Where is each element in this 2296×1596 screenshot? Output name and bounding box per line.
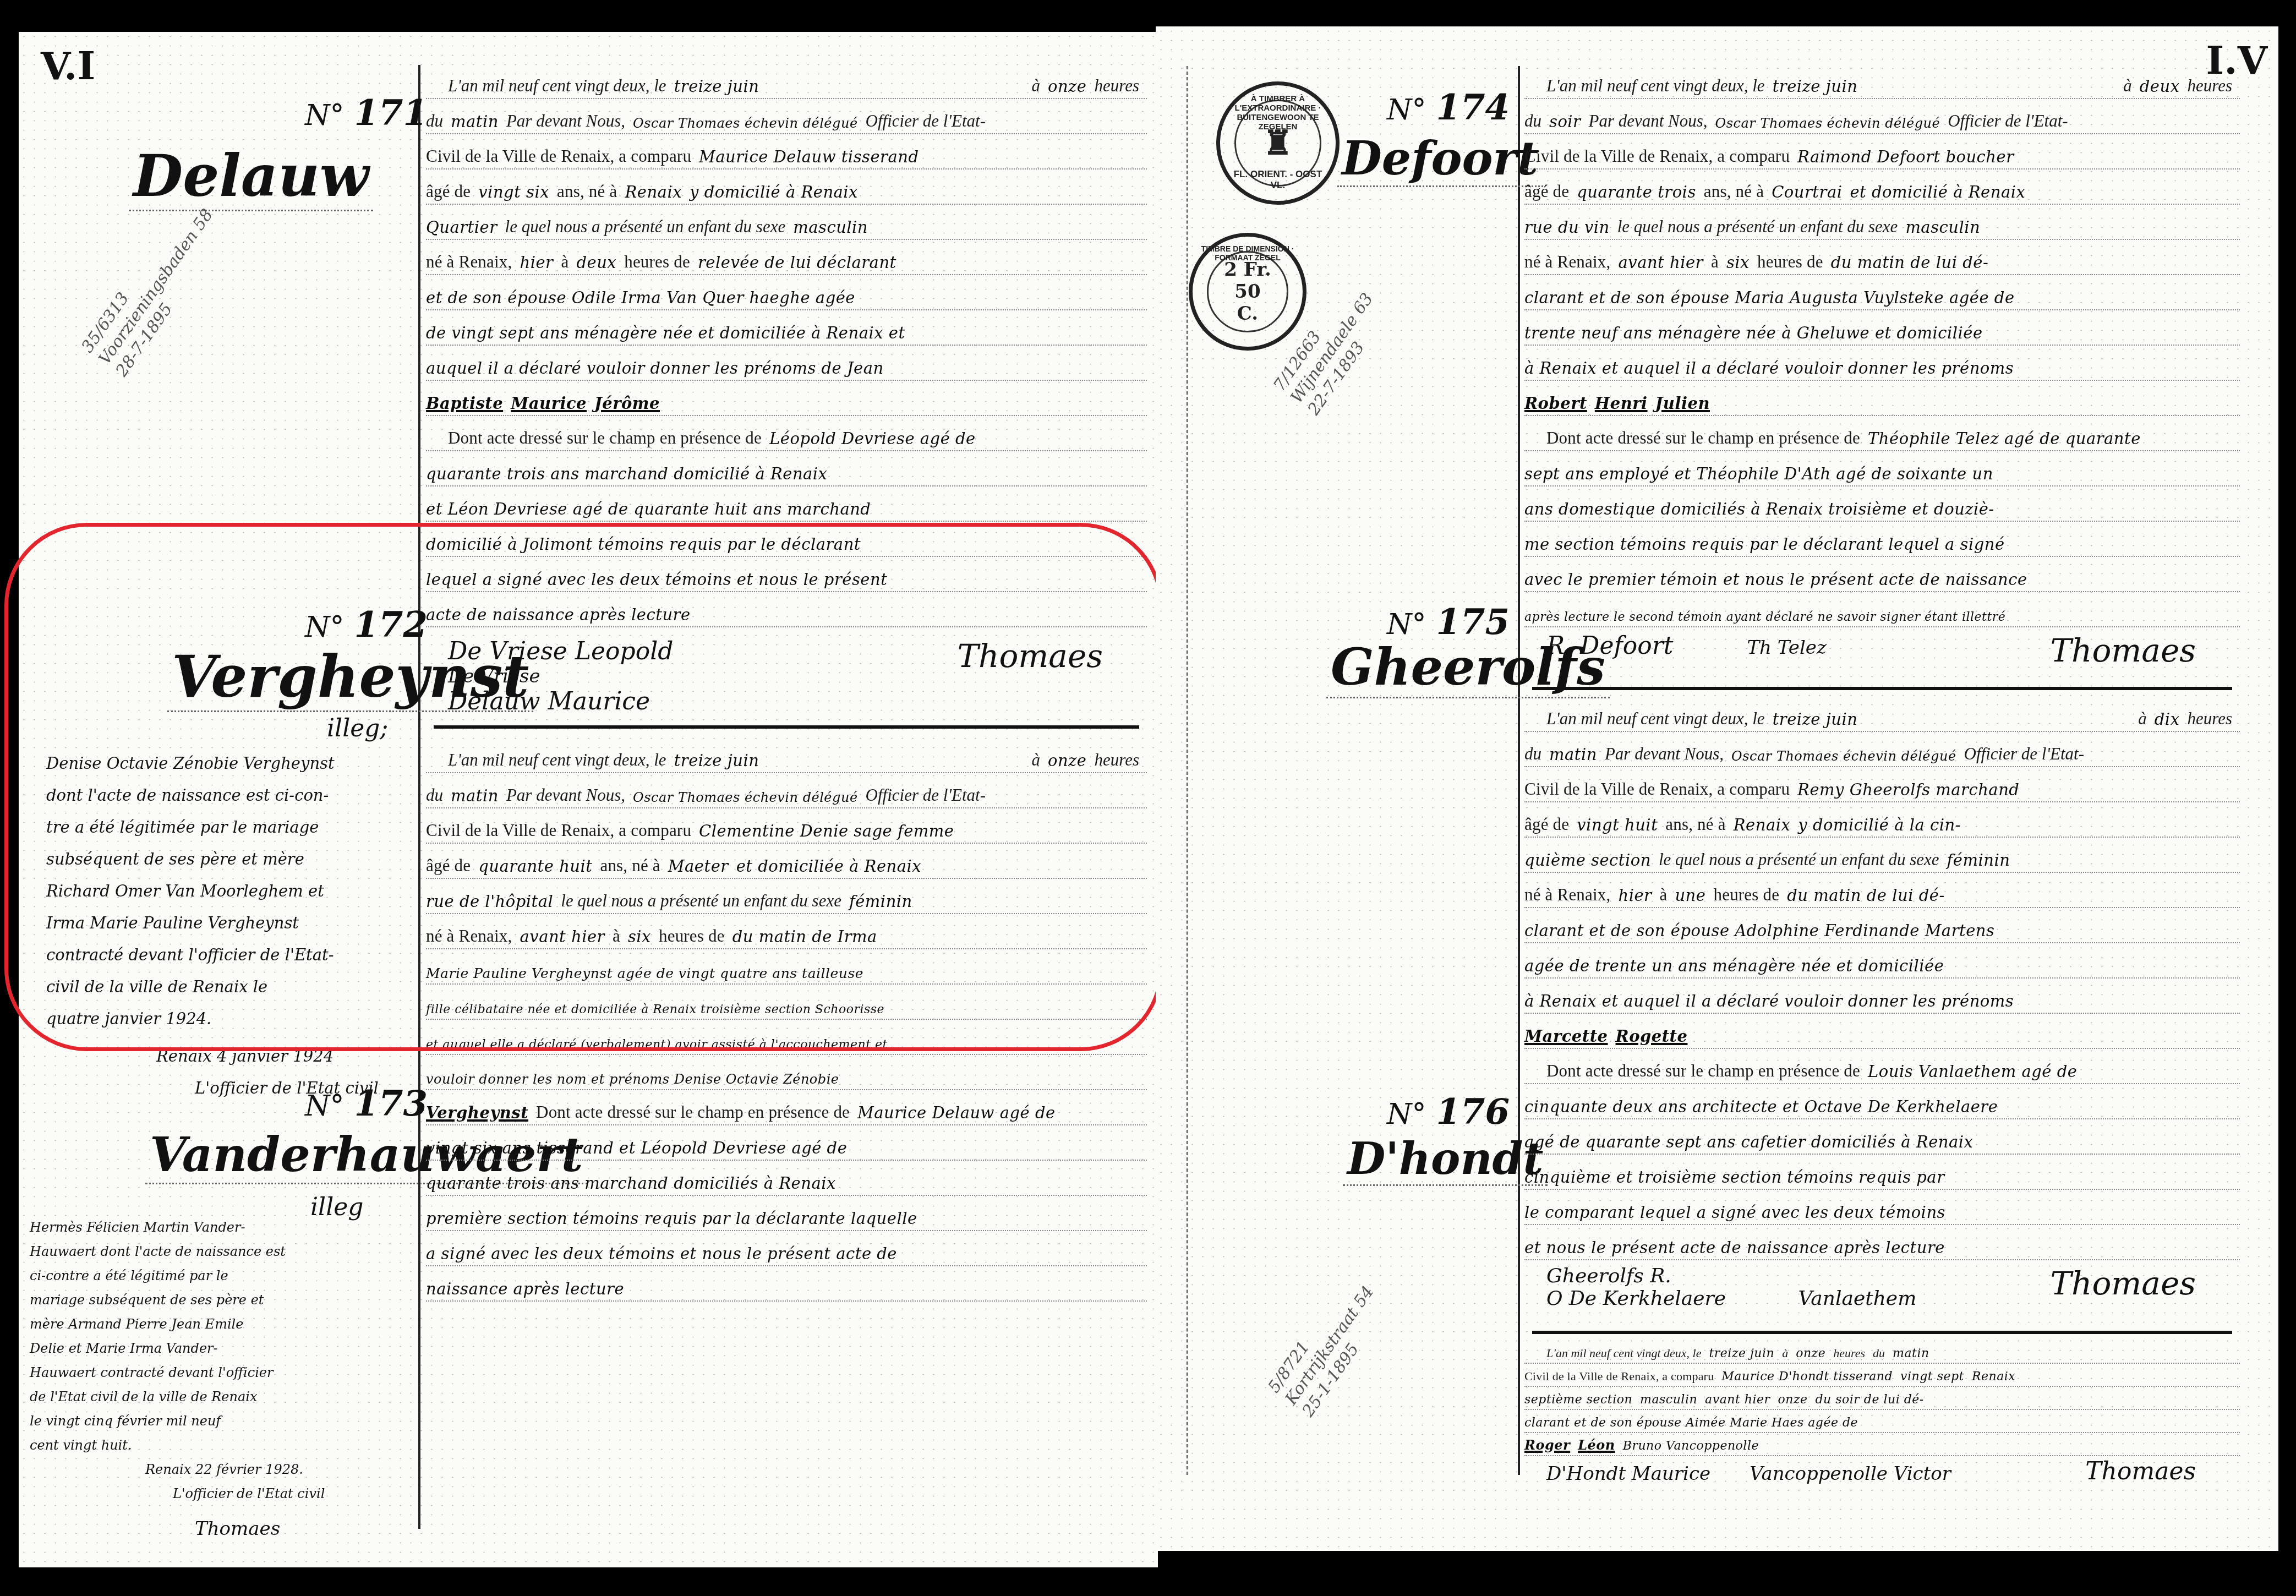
birth-hour: deux — [576, 253, 616, 272]
note-place-date: Renaix 22 février 1928. — [30, 1457, 409, 1482]
note-place-date: Renaix 4 janvier 1924 — [46, 1040, 404, 1072]
extraordinary-stamp: À TIMBRER À L'EXTRAORDINAIRE · BUITENGEW… — [1216, 81, 1340, 205]
signatures-171: De Vriese Leopold De Vriese Delauw Mauri… — [448, 637, 1136, 715]
printed-text: L'an mil neuf cent vingt deux, le — [1546, 709, 1765, 729]
witness-line: naissance après lecture — [426, 1280, 624, 1298]
entry-date: treize juin — [674, 751, 759, 770]
witness-line: après lecture le second témoin ayant déc… — [1524, 610, 2005, 624]
mother-line: et auquel elle a déclaré (verbalement) a… — [426, 1038, 888, 1052]
witness-line: vingt six ans tisserand et Léopold Devri… — [426, 1139, 847, 1157]
illegitimate-mark: illeg; — [327, 714, 388, 742]
entry-surname: D'hondt — [1343, 1133, 1548, 1186]
officer-name: Oscar Thomaes échevin délégué — [1715, 116, 1940, 131]
note-line: contracté devant l'officier de l'Etat- — [46, 939, 404, 971]
printed-text: Officier de l'Etat- — [866, 785, 986, 805]
witness-line: lequel a signé avec les deux témoins et … — [426, 570, 887, 589]
declarant-domicile-2: Quartier — [426, 218, 498, 237]
entry-date: treize juin — [1773, 77, 1858, 96]
entry-number: 176 — [1436, 1091, 1510, 1133]
declarant-domicile-2: septième section — [1524, 1393, 1632, 1407]
mother-line: de vingt sept ans ménagère née et domici… — [426, 324, 905, 342]
birth-day: avant hier — [520, 927, 605, 946]
note-line: civil de la ville de Renaix le — [46, 971, 404, 1003]
entry-hour: onze — [1796, 1347, 1825, 1360]
officer-signature: Thomaes — [2085, 1457, 2196, 1485]
declarant-birthplace: Courtrai — [1772, 183, 1842, 201]
printed-text: heures — [1833, 1346, 1865, 1360]
witness-line: cinquante deux ans architecte et Octave … — [1524, 1097, 1998, 1116]
witness-line: et nous le présent acte de naissance apr… — [1524, 1238, 1945, 1257]
witness-line: Maurice Delauw agé de — [857, 1103, 1056, 1122]
mother-line: et de son épouse Odile Irma Van Quer hae… — [426, 288, 855, 307]
printed-text: Civil de la Ville de Renaix, a comparu — [1524, 146, 1790, 166]
child-sex: masculin — [1640, 1393, 1697, 1407]
printed-text: âgé de — [1524, 182, 1569, 201]
entry-number: 171 — [354, 92, 428, 134]
printed-text: à — [1782, 1346, 1788, 1360]
printed-text: du — [426, 111, 443, 131]
printed-text: Officier de l'Etat- — [866, 111, 986, 131]
printed-text: Officier de l'Etat- — [1964, 744, 2084, 764]
witness-line: première section témoins requis par la d… — [426, 1209, 917, 1228]
signature: Vancoppenolle Victor — [1750, 1463, 1951, 1485]
printed-text: Par devant Nous, — [1588, 111, 1707, 131]
child-sex: féminin — [1947, 851, 2010, 870]
declarant-name: Raimond Defoort boucher — [1797, 147, 2014, 166]
right-body-column: L'an mil neuf cent vingt deux, letreize … — [1524, 65, 2240, 1496]
officer-signature: Thomaes — [30, 1517, 409, 1541]
printed-text: heures — [2188, 709, 2233, 729]
child-sex: féminin — [849, 892, 912, 911]
printed-text: Dont acte dressé sur le champ en présenc… — [1546, 1061, 1860, 1081]
witness-line: cinquième et troisième section témoins r… — [1524, 1168, 1945, 1187]
printed-text: Civil de la Ville de Renaix, a comparu — [426, 821, 691, 840]
birth-period: du soir de lui dé- — [1816, 1393, 1924, 1407]
note-officer: L'officier de l'Etat civil — [30, 1482, 409, 1506]
note-line: Delie et Marie Irma Vander- — [30, 1336, 409, 1360]
printed-text: né à Renaix, — [1524, 885, 1610, 905]
declarant-birthplace: Renaix — [1734, 816, 1791, 834]
note-line: Hauwaert contracté devant l'officier — [30, 1360, 409, 1385]
entry-date: treize juin — [1709, 1347, 1774, 1360]
printed-text: à — [1659, 885, 1667, 905]
entry-number-176: N°176 — [1387, 1091, 1510, 1133]
entry-separator — [434, 725, 1139, 729]
entry-number-171: N°171 — [305, 92, 428, 134]
declarant-name: Clementine Denie sage femme — [699, 822, 954, 840]
signature: Th Telez — [1747, 637, 1826, 659]
left-body-column: L'an mil neuf cent vingt deux, letreize … — [426, 65, 1147, 1523]
printed-text: du — [1524, 111, 1541, 131]
legitimation-note: Hermès Félicien Martin Vander- Hauwaert … — [30, 1215, 409, 1541]
note-line: Denise Octavie Zénobie Vergheynst — [46, 747, 404, 779]
given-name: Julien — [1655, 394, 1710, 413]
printed-text: Par devant Nous, — [1605, 744, 1724, 764]
signature: D'Hondt Maurice — [1546, 1463, 1710, 1485]
officer-name: Oscar Thomaes échevin délégué — [633, 790, 858, 805]
given-name: Roger — [1524, 1437, 1570, 1453]
entry-number-173: N°173 — [305, 1083, 428, 1124]
birth-hour: six — [628, 927, 651, 946]
printed-text: Dont acte dressé sur le champ en présenc… — [536, 1102, 850, 1122]
printed-text: heures — [1095, 750, 1140, 770]
printed-text: le quel nous a présenté un enfant du sex… — [505, 217, 786, 237]
witness-line: acte de naissance après lecture — [426, 605, 691, 624]
entry-date: treize juin — [674, 77, 759, 96]
stamp-outer-text: TIMBRE DE DIMENSION · FORMAAT ZEGEL — [1199, 244, 1296, 262]
mother-line: clarant et de son épouse Maria Augusta V… — [1524, 288, 2015, 307]
printed-text: heures de — [624, 252, 690, 272]
birth-hour: une — [1675, 886, 1705, 905]
note-line: le vingt cinq février mil neuf — [30, 1409, 409, 1433]
child-sex: masculin — [793, 218, 868, 237]
signature: Delauw Maurice — [448, 687, 1136, 715]
given-name: Léon — [1578, 1437, 1615, 1453]
printed-text: Par devant Nous, — [506, 111, 625, 131]
mother-line: fille célibataire née et domiciliée à Re… — [426, 1003, 884, 1016]
declarant-age: quarante trois — [1577, 183, 1696, 201]
birth-period: du matin de lui dé- — [1831, 253, 1989, 272]
entry-surname: Delauw — [129, 142, 373, 211]
printed-text: heures — [1095, 76, 1140, 96]
birth-day: avant hier — [1705, 1393, 1770, 1407]
given-name: Marcette — [1524, 1027, 1608, 1046]
signature: R. Defoort — [1546, 632, 1673, 660]
printed-text: né à Renaix, — [426, 926, 512, 946]
declarant-domicile-2: rue de l'hôpital — [426, 892, 553, 911]
printed-text: ans, né à — [1704, 182, 1764, 201]
mother-line: auquel il a déclaré vouloir donner les p… — [426, 359, 884, 378]
printed-text: Par devant Nous, — [506, 785, 625, 805]
birth-day: hier — [1618, 886, 1652, 905]
witness-line: Léopold Devriese agé de — [769, 429, 976, 448]
printed-text: du — [1873, 1346, 1885, 1360]
printed-text: Dont acte dressé sur le champ en présenc… — [1546, 428, 1860, 448]
declarant-domicile: y domicilié à Renaix — [690, 183, 858, 201]
declarant-domicile: et domiciliée à Renaix — [736, 857, 922, 876]
printed-text: L'an mil neuf cent vingt deux, le — [448, 76, 666, 96]
given-name: Henri — [1595, 394, 1648, 413]
signature: O De Kerkhelaere — [1546, 1287, 1726, 1310]
entry-number-175: N°175 — [1387, 602, 1510, 643]
printed-text: heures — [2188, 76, 2233, 96]
entry-hour: onze — [1048, 751, 1087, 770]
witness-line: Théophile Telez agé de quarante — [1868, 429, 2141, 448]
printed-text: Dont acte dressé sur le champ en présenc… — [448, 428, 762, 448]
printed-text: à — [2138, 709, 2147, 729]
printed-text: Civil de la Ville de Renaix, a comparu — [1524, 779, 1790, 799]
declarant-birthplace: Renaix — [625, 183, 682, 201]
declarant-name: Maurice D'hondt tisserand — [1721, 1370, 1893, 1384]
mother-line: vouloir donner les nom et prénoms Denise… — [426, 1072, 839, 1087]
birth-day: avant hier — [1618, 253, 1703, 272]
note-line: quatre janvier 1924. — [46, 1003, 404, 1035]
mother-line: à Renaix et auquel il a déclaré vouloir … — [1524, 359, 2014, 378]
birth-hour: onze — [1778, 1393, 1808, 1407]
officer-name: Oscar Thomaes échevin délégué — [1731, 748, 1956, 764]
printed-text: Officier de l'Etat- — [1948, 111, 2068, 131]
given-name: Baptiste — [426, 394, 503, 413]
mother-line: clarant et de son épouse Aimée Marie Hae… — [1524, 1416, 1858, 1430]
entry-number: 173 — [354, 1083, 428, 1124]
no-label: N° — [1387, 608, 1426, 641]
mother-line: clarant et de son épouse Adolphine Ferdi… — [1524, 921, 1994, 940]
entry-date: treize juin — [1773, 710, 1858, 729]
witness-line: avec le premier témoin et nous le présen… — [1524, 570, 2027, 589]
witness-line: Bruno Vancoppenolle — [1623, 1439, 1759, 1453]
mother-line: à Renaix et auquel il a déclaré vouloir … — [1524, 992, 2014, 1010]
witness-line: a signé avec les deux témoins et nous le… — [426, 1244, 897, 1263]
left-register-page: V.I N°171 Delauw 35/6313 Voorzieningsbad… — [19, 32, 1158, 1567]
printed-text: du — [426, 785, 443, 805]
printed-text: à — [1031, 750, 1040, 770]
declarant-age: vingt six — [478, 183, 549, 201]
entry-hour: dix — [2155, 710, 2180, 729]
entry-number: 174 — [1436, 87, 1510, 128]
entry-period: matin — [451, 112, 499, 131]
note-line: de l'Etat civil de la ville de Renaix — [30, 1385, 409, 1409]
witness-line: et Léon Devriese agé de quarante huit an… — [426, 500, 871, 518]
declarant-birthplace: Maeter — [668, 857, 729, 876]
declarant-domicile: et domicilié à Renaix — [1850, 183, 2025, 201]
note-line: mère Armand Pierre Jean Emile — [30, 1312, 409, 1336]
stamp-outer-text: À TIMBRER À L'EXTRAORDINAIRE · BUITENGEW… — [1226, 94, 1330, 132]
printed-text: ans, né à — [600, 856, 660, 876]
no-label: N° — [1387, 1098, 1426, 1131]
printed-text: ans, né à — [557, 182, 617, 201]
given-name: Robert — [1524, 394, 1587, 413]
officer-name: Oscar Thomaes échevin délégué — [633, 116, 858, 131]
printed-text: heures de — [1713, 885, 1779, 905]
entry-separator — [1532, 687, 2232, 690]
declarant-age: quarante huit — [478, 857, 592, 876]
entry-period: soir — [1549, 112, 1581, 131]
officer-signature: Thomaes — [2050, 632, 2196, 669]
note-line: Richard Omer Van Moorleghem et — [46, 875, 404, 907]
entry-period: matin — [1893, 1347, 1929, 1360]
witness-line: domicilié à Jolimont témoins requis par … — [426, 535, 861, 554]
printed-text: né à Renaix, — [426, 252, 512, 272]
mother-line: agée de trente un ans ménagère née et do… — [1524, 956, 1944, 975]
witness-line: le comparant lequel a signé avec les deu… — [1524, 1203, 1945, 1222]
printed-text: âgé de — [426, 182, 471, 201]
printed-text: âgé de — [426, 856, 471, 876]
given-name: Maurice — [511, 394, 587, 413]
printed-text: Civil de la Ville de Renaix, a comparu — [426, 146, 691, 166]
note-line: Hauwaert dont l'acte de naissance est — [30, 1239, 409, 1264]
printed-text: le quel nous a présenté un enfant du sex… — [561, 891, 841, 911]
note-line: mariage subséquent de ses père et — [30, 1288, 409, 1312]
mother-line: Marie Pauline Vergheynst agée de vingt q… — [426, 965, 863, 981]
birth-period: du matin de lui dé- — [1787, 886, 1945, 905]
entry-hour: deux — [2140, 77, 2180, 96]
declarant-age: vingt sept — [1900, 1370, 1964, 1384]
witness-line: quarante trois ans marchand domicilié à … — [426, 464, 827, 483]
entry-number-174: N°174 — [1387, 87, 1510, 128]
note-line: Irma Marie Pauline Vergheynst — [46, 907, 404, 939]
child-sex: masculin — [1905, 218, 1980, 237]
note-line: subséquent de ses père et mère — [46, 843, 404, 875]
officer-signature: Thomaes — [2050, 1265, 2196, 1302]
witness-line: Louis Vanlaethem agé de — [1868, 1062, 2077, 1081]
entry-number: 172 — [354, 604, 428, 646]
birth-period: relevée de lui déclarant — [698, 253, 896, 272]
declarant-birthplace: Renaix — [1972, 1370, 2015, 1384]
note-line: Hermès Félicien Martin Vander- — [30, 1215, 409, 1239]
given-surname: Vergheynst — [426, 1103, 528, 1122]
witness-line: ans domestique domiciliés à Renaix trois… — [1524, 500, 1994, 518]
printed-text: ans, né à — [1665, 815, 1725, 834]
birth-period: du matin de Irma — [732, 927, 877, 946]
printed-text: né à Renaix, — [1524, 252, 1610, 272]
note-line: dont l'acte de naissance est ci-con- — [46, 779, 404, 811]
entry-period: matin — [451, 786, 499, 805]
declarant-name: Maurice Delauw tisserand — [699, 147, 919, 166]
no-label: N° — [305, 1090, 345, 1123]
note-line: tre a été légitimée par le mariage — [46, 811, 404, 843]
printed-text: Civil de la Ville de Renaix, a comparu — [1524, 1369, 1714, 1384]
no-label: N° — [305, 611, 345, 644]
printed-text: le quel nous a présenté un enfant du sex… — [1659, 850, 1939, 870]
declarant-domicile: y domicilié à la cin- — [1798, 816, 1961, 834]
witness-line: me section témoins requis par le déclara… — [1524, 535, 2005, 554]
witness-line: quarante trois ans marchand domiciliés à… — [426, 1174, 836, 1193]
note-line: ci-contre a été légitimé par le — [30, 1264, 409, 1288]
declarant-domicile-2: quième section — [1524, 851, 1651, 870]
printed-text: à — [1031, 76, 1040, 96]
printed-text: L'an mil neuf cent vingt deux, le — [1546, 76, 1765, 96]
printed-text: heures de — [1757, 252, 1823, 272]
entry-hour: onze — [1048, 77, 1087, 96]
mother-line: trente neuf ans ménagère née à Gheluwe e… — [1524, 324, 1983, 342]
printed-text: le quel nous a présenté un enfant du sex… — [1617, 217, 1898, 237]
given-name: Jérôme — [594, 394, 660, 413]
witness-line: agé de quarante sept ans cafetier domici… — [1524, 1133, 1973, 1151]
officer-signature: Thomaes — [957, 637, 1103, 675]
legitimation-note: Denise Octavie Zénobie Vergheynst dont l… — [46, 747, 404, 1104]
printed-text: L'an mil neuf cent vingt deux, le — [448, 750, 666, 770]
entry-surname: Defoort — [1337, 131, 1543, 187]
no-label: N° — [1387, 94, 1426, 127]
birth-day: hier — [520, 253, 553, 272]
printed-text: à — [2123, 76, 2132, 96]
declarant-name: Remy Gheerolfs marchand — [1797, 780, 2019, 799]
printed-text: âgé de — [1524, 815, 1569, 834]
declarant-age: vingt huit — [1577, 816, 1658, 834]
stamp-inner-text: FL. ORIENT. - OOST VL. — [1226, 169, 1330, 191]
printed-text: à — [613, 926, 620, 946]
no-label: N° — [305, 99, 345, 132]
signatures-176: D'Hondt Maurice Vancoppenolle Victor Tho… — [1546, 1463, 2229, 1485]
birth-hour: six — [1726, 253, 1750, 272]
signature: Vanlaethem — [1798, 1287, 1917, 1310]
entry-period: matin — [1549, 745, 1597, 764]
dimension-stamp: TIMBRE DE DIMENSION · FORMAAT ZEGEL 2 Fr… — [1189, 233, 1306, 351]
printed-text: du — [1524, 744, 1541, 764]
entry-number-172: N°172 — [305, 604, 428, 646]
right-register-page: I.V À TIMBRER À L'EXTRAORDINAIRE · BUITE… — [1156, 26, 2278, 1551]
note-line: cent vingt huit. — [30, 1433, 409, 1457]
witness-line: sept ans employé et Théophile D'Ath agé … — [1524, 464, 1993, 483]
declarant-domicile-2: rue du vin — [1524, 218, 1610, 237]
printed-text: heures de — [659, 926, 725, 946]
given-name: Rogette — [1616, 1027, 1688, 1046]
stamp-inner-ring — [1207, 251, 1288, 332]
printed-text: L'an mil neuf cent vingt deux, le — [1546, 1346, 1701, 1360]
signatures-174: R. Defoort Th Telez Thomaes — [1546, 632, 2229, 660]
printed-text: à — [1711, 252, 1719, 272]
entry-number: 175 — [1436, 602, 1510, 643]
printed-text: à — [561, 252, 568, 272]
signatures-175: Gheerolfs R. O De Kerkhelaere Vanlaethem… — [1546, 1265, 2229, 1310]
entry-separator — [1532, 1331, 2232, 1334]
witness-block-171: Dont acte dressé sur le champ en présenc… — [426, 417, 1147, 582]
